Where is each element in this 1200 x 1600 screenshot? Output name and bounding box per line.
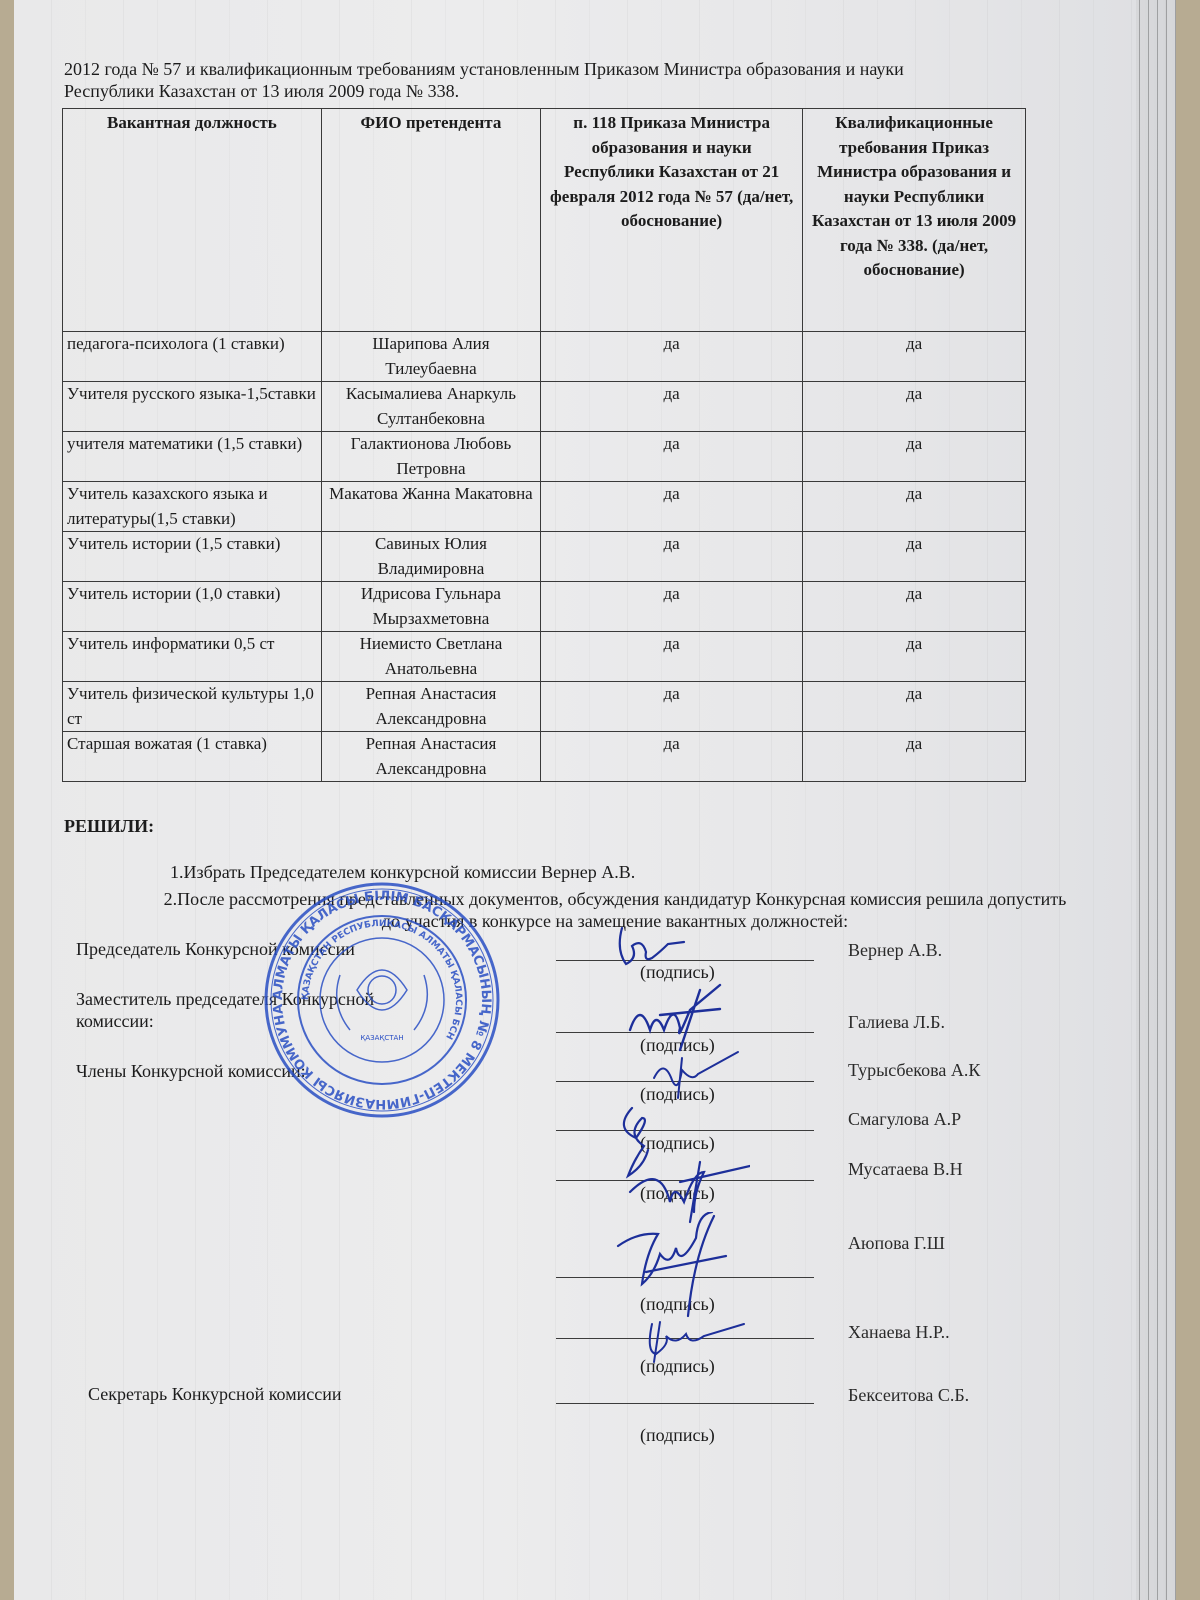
chair-name: Вернер А.В.	[848, 940, 942, 961]
signature-member-5	[638, 1312, 748, 1372]
cell-order-338: да	[803, 632, 1026, 682]
table-row: Учителя русского языка-1,5ставкиКасымали…	[63, 382, 1026, 432]
member-name: Мусатаева В.Н	[848, 1159, 963, 1180]
signature-line	[556, 1403, 814, 1404]
cell-candidate-name: Репная Анастасия Александровна	[321, 682, 540, 732]
table-row: Учитель казахского языка и литературы(1,…	[63, 482, 1026, 532]
candidates-table: Вакантная должность ФИО претендента п. 1…	[62, 108, 1026, 782]
cell-position: Учитель информатики 0,5 ст	[63, 632, 322, 682]
cell-order-57: да	[541, 732, 803, 782]
cell-order-57: да	[541, 332, 803, 382]
cell-position: педагога-психолога (1 ставки)	[63, 332, 322, 382]
member-name: Ханаева Н.Р..	[848, 1322, 950, 1343]
cell-order-57: да	[541, 382, 803, 432]
intro-line: 2012 года № 57 и квалификационным требов…	[64, 58, 1094, 80]
secretary-role: Секретарь Конкурсной комиссии	[88, 1383, 341, 1405]
table-row: Учитель истории (1,0 ставки)Идрисова Гул…	[63, 582, 1026, 632]
deputy-name: Галиева Л.Б.	[848, 1012, 945, 1033]
table-row: учителя математики (1,5 ставки)Галактион…	[63, 432, 1026, 482]
cell-order-57: да	[541, 582, 803, 632]
cell-order-338: да	[803, 432, 1026, 482]
official-stamp: АЛМАТЫ ҚАЛАСЫ БІЛІМ БАСҚАРМАСЫНЫҢ № 8 МЕ…	[262, 880, 502, 1120]
cell-order-57: да	[541, 632, 803, 682]
cell-order-57: да	[541, 532, 803, 582]
cell-candidate-name: Репная Анастасия Александровна	[321, 732, 540, 782]
cell-order-338: да	[803, 682, 1026, 732]
cell-candidate-name: Макатова Жанна Макатовна	[321, 482, 540, 532]
cell-candidate-name: Ниемисто Светлана Анатольевна	[321, 632, 540, 682]
table-row: педагога-психолога (1 ставки)Шарипова Ал…	[63, 332, 1026, 382]
table-header-row: Вакантная должность ФИО претендента п. 1…	[63, 109, 1026, 332]
cell-position: Учитель физической культуры 1,0 ст	[63, 682, 322, 732]
decided-heading: РЕШИЛИ:	[64, 816, 154, 837]
secretary-name: Бексеитова С.Б.	[848, 1385, 969, 1406]
cell-candidate-name: Шарипова Алия Тилеубаевна	[321, 332, 540, 382]
cell-position: Учитель истории (1,0 ставки)	[63, 582, 322, 632]
intro-text: 2012 года № 57 и квалификационным требов…	[64, 58, 1094, 102]
signature-chair	[600, 918, 690, 978]
member-name: Турысбекова А.К	[848, 1060, 980, 1081]
cell-order-57: да	[541, 432, 803, 482]
cell-order-338: да	[803, 532, 1026, 582]
cell-position: Учитель казахского языка и литературы(1,…	[63, 482, 322, 532]
cell-order-338: да	[803, 482, 1026, 532]
table-row: Старшая вожатая (1 ставка)Репная Анастас…	[63, 732, 1026, 782]
stamp-center-text: ҚАЗАҚСТАН	[360, 1034, 403, 1042]
table-row: Учитель физической культуры 1,0 стРепная…	[63, 682, 1026, 732]
header-order-57: п. 118 Приказа Министра образования и на…	[541, 109, 803, 332]
cell-position: Учителя русского языка-1,5ставки	[63, 382, 322, 432]
header-vacancy: Вакантная должность	[63, 109, 322, 332]
cell-order-338: да	[803, 582, 1026, 632]
header-order-338: Квалификационные требования Приказ Минис…	[803, 109, 1026, 332]
cell-position: Старшая вожатая (1 ставка)	[63, 732, 322, 782]
cell-order-338: да	[803, 332, 1026, 382]
cell-position: учителя математики (1,5 ставки)	[63, 432, 322, 482]
cell-candidate-name: Савиных Юлия Владимировна	[321, 532, 540, 582]
table-row: Учитель истории (1,5 ставки)Савиных Юлия…	[63, 532, 1026, 582]
cell-candidate-name: Идрисова Гульнара Мырзахметовна	[321, 582, 540, 632]
signature-member-1	[648, 1048, 748, 1108]
signature-line	[556, 1130, 814, 1131]
member-name: Смагулова А.Р	[848, 1109, 961, 1130]
header-candidate: ФИО претендента	[321, 109, 540, 332]
cell-order-338: да	[803, 382, 1026, 432]
cell-candidate-name: Касымалиева Анаркуль Султанбековна	[321, 382, 540, 432]
cell-order-57: да	[541, 682, 803, 732]
intro-line: Республики Казахстан от 13 июля 2009 год…	[64, 80, 1094, 102]
cell-order-57: да	[541, 482, 803, 532]
member-name: Аюпова Г.Ш	[848, 1233, 945, 1254]
cell-position: Учитель истории (1,5 ставки)	[63, 532, 322, 582]
signature-caption: (подпись)	[640, 1425, 715, 1446]
cell-candidate-name: Галактионова Любовь Петровна	[321, 432, 540, 482]
signature-member-4	[606, 1212, 736, 1322]
cell-order-338: да	[803, 732, 1026, 782]
table-row: Учитель информатики 0,5 стНиемисто Светл…	[63, 632, 1026, 682]
